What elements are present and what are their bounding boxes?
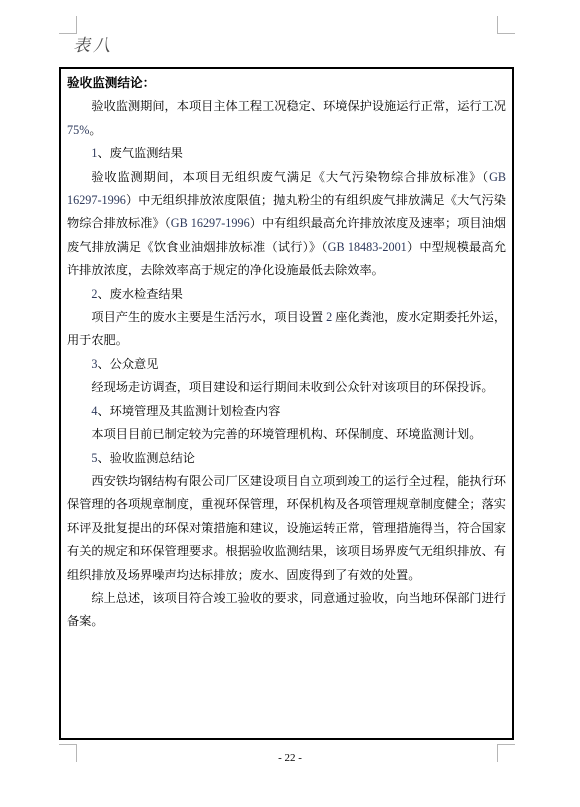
paragraph: 4、环境管理及其监测计划检查内容 bbox=[67, 400, 506, 423]
conclusion-heading: 验收监测结论： bbox=[67, 72, 506, 95]
paragraph: 2、废水检查结果 bbox=[67, 283, 506, 306]
paragraph: 综上总述，该项目符合竣工验收的要求，同意通过验收，向当地环保部门进行备案。 bbox=[67, 587, 506, 634]
paragraph: 1、废气监测结果 bbox=[67, 142, 506, 165]
paragraph: 经现场走访调查，项目建设和运行期间未收到公众针对该项目的环保投诉。 bbox=[67, 376, 506, 399]
conclusion-body: 验收监测期间，本项目主体工程工况稳定、环境保护设施运行正常，运行工况75%。1、… bbox=[67, 95, 506, 633]
crop-mark-top-left bbox=[59, 16, 77, 34]
conclusion-table: 验收监测结论： 验收监测期间，本项目主体工程工况稳定、环境保护设施运行正常，运行… bbox=[59, 67, 514, 740]
paragraph: 西安铁均钢结构有限公司厂区建设项目自立项到竣工的运行全过程，能执行环保管理的各项… bbox=[67, 470, 506, 587]
paragraph: 验收监测期间，本项目无组织废气满足《大气污染物综合排放标准》（GB 16297-… bbox=[67, 166, 506, 283]
paragraph: 项目产生的废水主要是生活污水，项目设置 2 座化粪池，废水定期委托外运，用于农肥… bbox=[67, 306, 506, 353]
page-number: - 22 - bbox=[0, 751, 580, 766]
paragraph: 本项目目前已制定较为完善的环境管理机构、环保制度、环境监测计划。 bbox=[67, 423, 506, 446]
crop-mark-top-right bbox=[497, 16, 515, 34]
paragraph: 5、验收监测总结论 bbox=[67, 447, 506, 470]
paragraph: 3、公众意见 bbox=[67, 353, 506, 376]
paragraph: 验收监测期间，本项目主体工程工况稳定、环境保护设施运行正常，运行工况75%。 bbox=[67, 95, 506, 142]
table-label: 表八 bbox=[73, 37, 113, 55]
